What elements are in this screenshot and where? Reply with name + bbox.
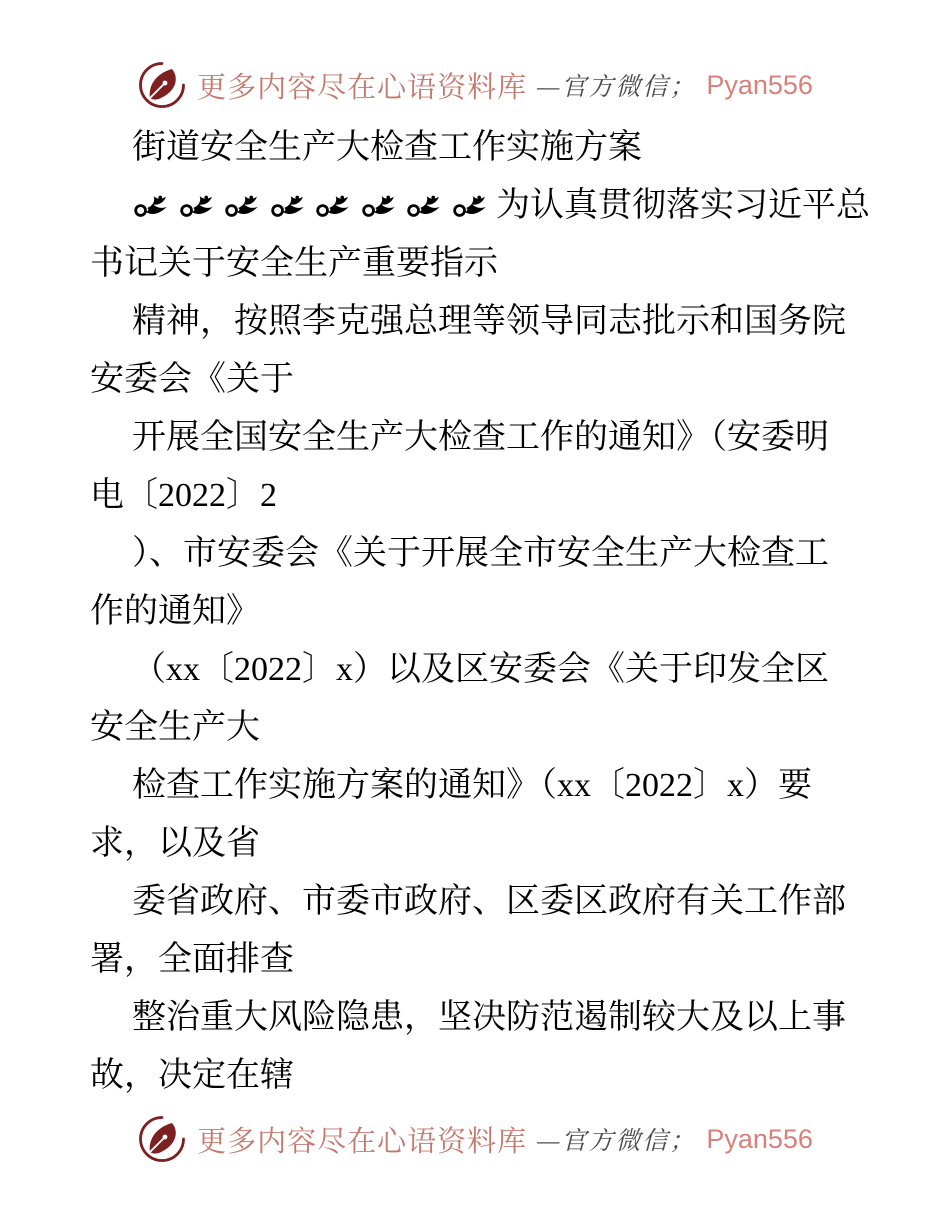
fleuron-icon [314, 193, 350, 219]
fleuron-icon [269, 193, 305, 219]
doc-line: ）、市安委会《关于开展全市安全生产大检查工 [90, 525, 900, 583]
pen-logo-icon [137, 1114, 187, 1164]
doc-line: 为认真贯彻落实习近平总 [90, 177, 900, 235]
doc-line: 安全生产大 [90, 699, 900, 757]
doc-line: 书记关于安全生产重要指示 [90, 235, 900, 293]
fleuron-icon [223, 193, 259, 219]
doc-line: 检查工作实施方案的通知》（xx〔2022〕x）要 [90, 757, 900, 815]
doc-title-line: 街道安全生产大检查工作实施方案 [90, 119, 900, 177]
document-body: 街道安全生产大检查工作实施方案 为认真贯彻落实习近平总 书记关于安全生产重要指示… [90, 119, 900, 1105]
doc-line: 电〔2022〕2 [90, 467, 900, 525]
brand-footer: 更多内容尽在心语资料库 —官方微信； Pyan556 [0, 1114, 950, 1164]
document-page: 更多内容尽在心语资料库 —官方微信； Pyan556 街道安全生产大检查工作实施… [0, 0, 950, 1230]
doc-line: 故，决定在辖 [90, 1047, 900, 1105]
doc-line: 署，全面排查 [90, 931, 900, 989]
brand-separator: —官方微信； [537, 1121, 696, 1157]
brand-header: 更多内容尽在心语资料库 —官方微信； Pyan556 [0, 60, 950, 110]
doc-line: 开展全国安全生产大检查工作的通知》（安委明 [90, 409, 900, 467]
doc-line: 求，以及省 [90, 815, 900, 873]
pen-logo-icon [137, 60, 187, 110]
doc-line-text: 为认真贯彻落实习近平总 [496, 187, 870, 224]
fleuron-icon [132, 193, 168, 219]
doc-line: 整治重大风险隐患，坚决防范遏制较大及以上事 [90, 989, 900, 1047]
fleuron-icon [360, 193, 396, 219]
doc-line: 作的通知》 [90, 583, 900, 641]
doc-line: 精神，按照李克强总理等领导同志批示和国务院 [90, 293, 900, 351]
brand-separator: —官方微信； [537, 67, 696, 103]
wechat-id: Pyan556 [706, 1124, 813, 1155]
fleuron-icon [178, 193, 214, 219]
ornament-row [132, 187, 496, 224]
doc-line: 安委会《关于 [90, 351, 900, 409]
fleuron-icon [451, 193, 487, 219]
brand-text: 更多内容尽在心语资料库 [197, 65, 527, 106]
fleuron-icon [405, 193, 441, 219]
wechat-id: Pyan556 [706, 70, 813, 101]
doc-line: （xx〔2022〕x）以及区安委会《关于印发全区 [90, 641, 900, 699]
doc-line: 委省政府、市委市政府、区委区政府有关工作部 [90, 873, 900, 931]
brand-text: 更多内容尽在心语资料库 [197, 1119, 527, 1160]
